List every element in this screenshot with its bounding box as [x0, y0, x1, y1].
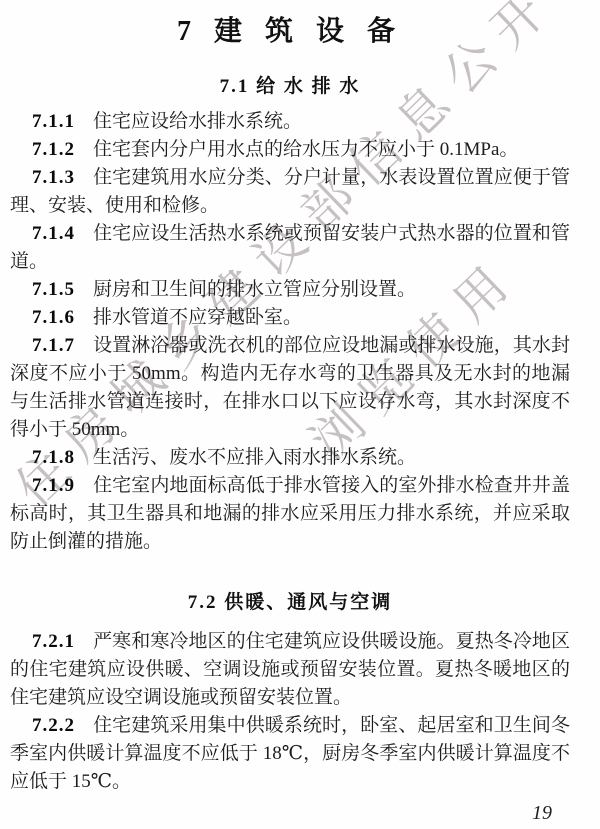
clause-text: 生活污、废水不应排入雨水排水系统。	[93, 447, 416, 468]
clause-7-1-6: 7.1.6排水管道不应穿越卧室。	[10, 304, 570, 332]
clause-7-2-2: 7.2.2住宅建筑采用集中供暖系统时，卧室、起居室和卫生间冬季室内供暖计算温度不…	[10, 712, 570, 796]
document-page: 住房城乡建设部信息公开 浏览使用 7 建 筑 设 备 7.1 给 水 排 水 7…	[0, 0, 600, 829]
section-7-1-heading: 7.1 给 水 排 水	[10, 74, 570, 100]
clause-7-1-5: 7.1.5厨房和卫生间的排水立管应分别设置。	[10, 276, 570, 304]
clause-text: 住宅应设生活热水系统或预留安装户式热水器的位置和管道。	[10, 223, 570, 272]
clause-7-1-3: 7.1.3住宅建筑用水应分类、分户计量，水表设置位置应便于管理、安装、使用和检修…	[10, 164, 570, 220]
document-content: 7 建 筑 设 备 7.1 给 水 排 水 7.1.1住宅应设给水排水系统。 7…	[10, 14, 570, 825]
clause-text: 住宅应设给水排水系统。	[93, 111, 302, 132]
clause-number: 7.1.7	[32, 335, 75, 356]
clause-number: 7.1.6	[32, 307, 75, 328]
clause-number: 7.1.8	[32, 447, 75, 468]
chapter-title: 7 建 筑 设 备	[10, 14, 570, 50]
clause-text: 排水管道不应穿越卧室。	[93, 307, 302, 328]
clause-number: 7.1.4	[32, 223, 75, 244]
clause-number: 7.1.9	[32, 475, 75, 496]
clause-7-1-2: 7.1.2住宅套内分户用水点的给水压力不应小于 0.1MPa。	[10, 136, 570, 164]
clause-text: 厨房和卫生间的排水立管应分别设置。	[93, 279, 416, 300]
clause-number: 7.2.1	[32, 631, 75, 652]
clause-7-1-4: 7.1.4住宅应设生活热水系统或预留安装户式热水器的位置和管道。	[10, 220, 570, 276]
clause-number: 7.1.3	[32, 167, 75, 188]
clause-7-1-8: 7.1.8生活污、废水不应排入雨水排水系统。	[10, 444, 570, 472]
section-7-2-heading: 7.2 供暖、通风与空调	[10, 590, 570, 616]
clause-text: 住宅室内地面标高低于排水管接入的室外排水检查井井盖标高时，其卫生器具和地漏的排水…	[10, 475, 570, 552]
clause-7-2-1: 7.2.1严寒和寒冷地区的住宅建筑应设供暖设施。夏热冬冷地区的住宅建筑应设供暖、…	[10, 628, 570, 712]
clause-text: 严寒和寒冷地区的住宅建筑应设供暖设施。夏热冬冷地区的住宅建筑应设供暖、空调设施或…	[10, 631, 570, 708]
clause-7-1-9: 7.1.9住宅室内地面标高低于排水管接入的室外排水检查井井盖标高时，其卫生器具和…	[10, 472, 570, 556]
clause-7-1-7: 7.1.7设置淋浴器或洗衣机的部位应设地漏或排水设施，其水封深度不应小于 50m…	[10, 332, 570, 444]
clause-7-1-1: 7.1.1住宅应设给水排水系统。	[10, 108, 570, 136]
clause-text: 住宅建筑用水应分类、分户计量，水表设置位置应便于管理、安装、使用和检修。	[10, 167, 570, 216]
clause-text: 住宅建筑采用集中供暖系统时，卧室、起居室和卫生间冬季室内供暖计算温度不应低于 1…	[10, 715, 570, 792]
clause-number: 7.1.5	[32, 279, 75, 300]
page-number: 19	[10, 802, 570, 825]
clause-number: 7.1.1	[32, 111, 75, 132]
clause-text: 住宅套内分户用水点的给水压力不应小于 0.1MPa。	[93, 139, 518, 160]
clause-text: 设置淋浴器或洗衣机的部位应设地漏或排水设施，其水封深度不应小于 50mm。构造内…	[10, 335, 570, 440]
clause-number: 7.1.2	[32, 139, 75, 160]
clause-number: 7.2.2	[32, 715, 75, 736]
